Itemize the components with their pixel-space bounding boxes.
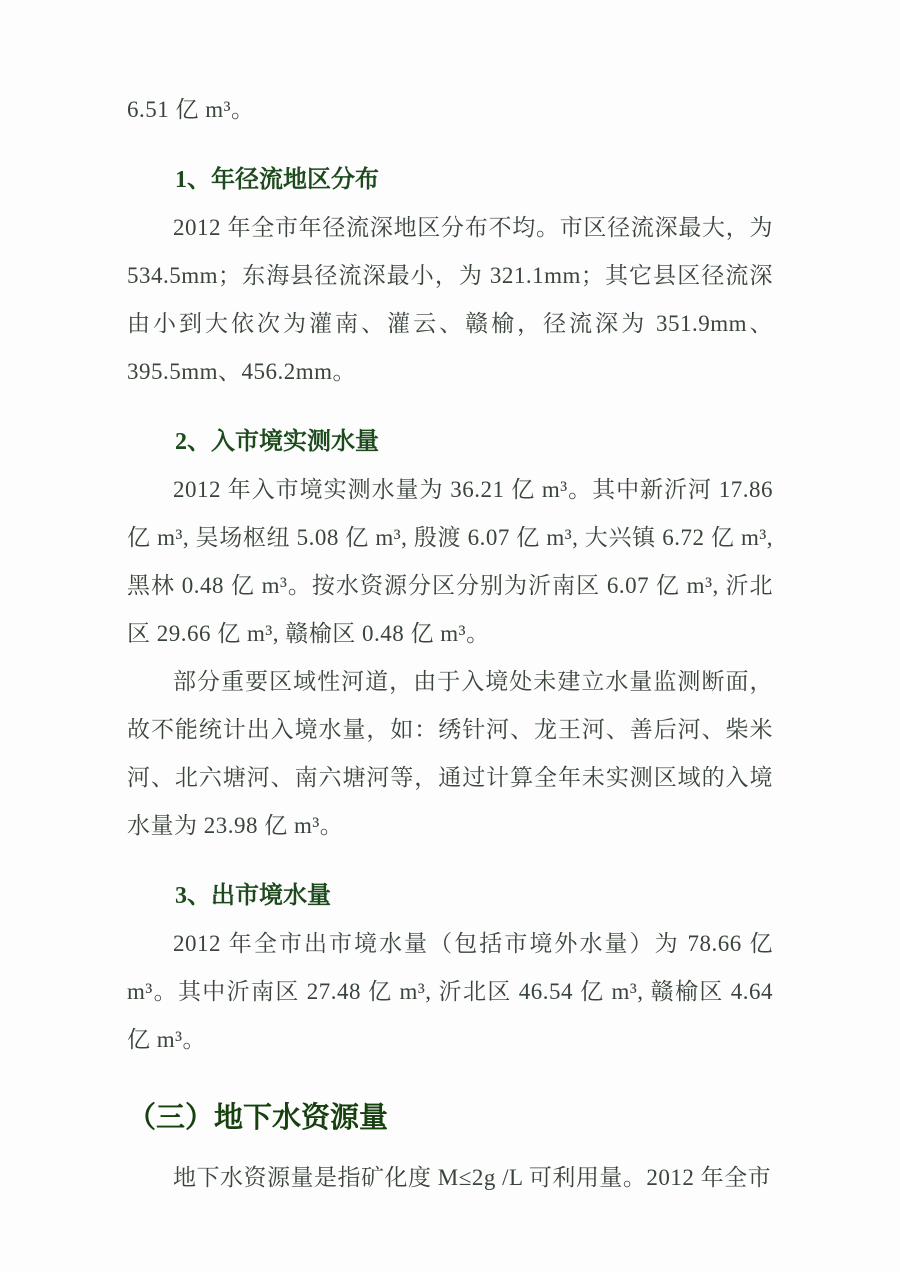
section-heading-annual-runoff-distribution: 1、年径流地区分布 xyxy=(127,156,773,204)
section-heading-outflow: 3、出市境水量 xyxy=(127,872,773,920)
section-heading-groundwater-resources: （三）地下水资源量 xyxy=(127,1090,773,1146)
section-heading-measured-inflow: 2、入市境实测水量 xyxy=(127,418,773,466)
paragraph-outflow-values: 2012 年全市出市境水量（包括市境外水量）为 78.66 亿 m³。其中沂南区… xyxy=(127,920,773,1064)
paragraph-unmonitored-rivers: 部分重要区域性河道，由于入境处未建立水量监测断面，故不能统计出入境水量，如：绣针… xyxy=(127,658,773,850)
paragraph-measured-inflow-values: 2012 年入市境实测水量为 36.21 亿 m³。其中新沂河 17.86 亿 … xyxy=(127,466,773,658)
paragraph-continuation-651: 6.51 亿 m³。 xyxy=(127,86,773,134)
paragraph-runoff-depth-distribution: 2012 年全市年径流深地区分布不均。市区径流深最大，为 534.5mm；东海县… xyxy=(127,204,773,396)
paragraph-groundwater-definition: 地下水资源量是指矿化度 M≤2g /L 可利用量。2012 年全市 xyxy=(127,1154,773,1202)
document-page: 6.51 亿 m³。 1、年径流地区分布 2012 年全市年径流深地区分布不均。… xyxy=(0,0,900,1272)
